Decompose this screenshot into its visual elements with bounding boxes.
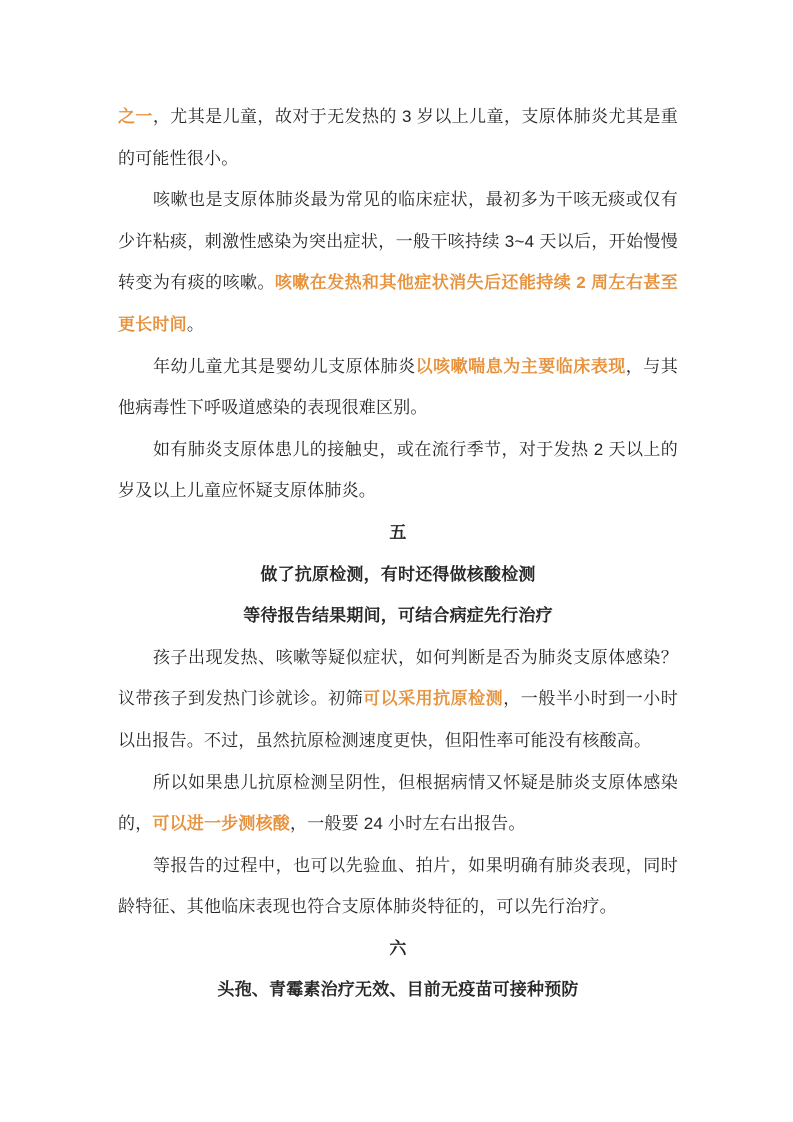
para-5-line-1: 孩子出现发热、咳嗽等疑似症状，如何判断是否为肺炎支原体感染？建 [118, 637, 678, 679]
para-2-line-4: 更长时间。 [118, 304, 678, 346]
para-7-line-2: 龄特征、其他临床表现也符合支原体肺炎特征的，可以先行治疗。 [118, 886, 678, 928]
body-text: 少许粘痰，刺激性感染为突出症状，一般干咳持续 3~4 天以后，开始慢慢 [118, 232, 678, 251]
para-6-line-2: 的，可以进一步测核酸，一般要 24 小时左右出报告。 [118, 803, 678, 845]
para-2-line-1: 咳嗽也是支原体肺炎最为常见的临床症状，最初多为干咳无痰或仅有 [118, 179, 678, 221]
body-text: 岁及以上儿童应怀疑支原体肺炎。 [118, 481, 376, 500]
body-text: 。 [187, 315, 204, 334]
highlighted-text: 咳嗽在发热和其他症状消失后还能持续 2 周左右甚至 [275, 273, 678, 292]
section-5-number: 五 [118, 512, 678, 554]
body-text: 头孢、青霉素治疗无效、目前无疫苗可接种预防 [217, 980, 578, 999]
para-3-line-2: 他病毒性下呼吸道感染的表现很难区别。 [118, 387, 678, 429]
highlighted-text: 可以采用抗原检测 [363, 689, 503, 708]
body-text: 所以如果患儿抗原检测呈阴性，但根据病情又怀疑是肺炎支原体感染 [153, 773, 678, 792]
para-2-line-2: 少许粘痰，刺激性感染为突出症状，一般干咳持续 3~4 天以后，开始慢慢 [118, 221, 678, 263]
para-4-line-2: 岁及以上儿童应怀疑支原体肺炎。 [118, 470, 678, 512]
para-5-line-3: 以出报告。不过，虽然抗原检测速度更快，但阳性率可能没有核酸高。 [118, 720, 678, 762]
body-text: ，与其 [626, 357, 678, 376]
section-5-subtitle-1: 做了抗原检测，有时还得做核酸检测 [118, 554, 678, 596]
body-text: 六 [389, 939, 406, 958]
body-text: 等报告的过程中，也可以先验血、拍片，如果明确有肺炎表现，同时年 [118, 856, 678, 887]
para-1-line-1: 之一，尤其是儿童，故对于无发热的 3 岁以上儿童，支原体肺炎尤其是重症 [118, 96, 678, 138]
para-6-line-1: 所以如果患儿抗原检测呈阴性，但根据病情又怀疑是肺炎支原体感染 [118, 762, 678, 804]
body-text: 以出报告。不过，虽然抗原检测速度更快，但阳性率可能没有核酸高。 [118, 731, 651, 750]
body-text: 孩子出现发热、咳嗽等疑似症状，如何判断是否为肺炎支原体感染？建 [118, 648, 678, 679]
body-text: 的， [118, 814, 152, 833]
body-text: 年幼儿童尤其是婴幼儿支原体肺炎 [153, 357, 416, 376]
body-text: 议带孩子到发热门诊就诊。初筛 [118, 689, 363, 708]
para-1-line-2: 的可能性很小。 [118, 138, 678, 180]
section-6-subtitle-1: 头孢、青霉素治疗无效、目前无疫苗可接种预防 [118, 969, 678, 1011]
body-text: 龄特征、其他临床表现也符合支原体肺炎特征的，可以先行治疗。 [118, 897, 617, 916]
highlighted-text: 之一 [118, 107, 153, 126]
body-text: 他病毒性下呼吸道感染的表现很难区别。 [118, 398, 428, 417]
body-text: 五 [389, 523, 406, 542]
para-4-line-1: 如有肺炎支原体患儿的接触史，或在流行季节，对于发热 2 天以上的 3 [118, 429, 678, 471]
highlighted-text: 可以进一步测核酸 [152, 814, 290, 833]
para-5-line-2: 议带孩子到发热门诊就诊。初筛可以采用抗原检测，一般半小时到一小时可 [118, 678, 678, 720]
body-text: ，一般要 24 小时左右出报告。 [290, 814, 526, 833]
para-7-line-1: 等报告的过程中，也可以先验血、拍片，如果明确有肺炎表现，同时年 [118, 845, 678, 887]
body-text: 咳嗽也是支原体肺炎最为常见的临床症状，最初多为干咳无痰或仅有 [153, 190, 678, 209]
body-text: 如有肺炎支原体患儿的接触史，或在流行季节，对于发热 2 天以上的 3 [118, 440, 678, 471]
highlighted-text: 以咳嗽喘息为主要临床表现 [416, 357, 626, 376]
section-5-subtitle-2: 等待报告结果期间，可结合病症先行治疗 [118, 595, 678, 637]
body-text: 做了抗原检测，有时还得做核酸检测 [260, 565, 535, 584]
para-3-line-1: 年幼儿童尤其是婴幼儿支原体肺炎以咳嗽喘息为主要临床表现，与其 [118, 346, 678, 388]
body-text: 转变为有痰的咳嗽。 [118, 273, 275, 292]
highlighted-text: 更长时间 [118, 315, 187, 334]
document-body: 之一，尤其是儿童，故对于无发热的 3 岁以上儿童，支原体肺炎尤其是重症的可能性很… [118, 96, 678, 1011]
para-2-line-3: 转变为有痰的咳嗽。咳嗽在发热和其他症状消失后还能持续 2 周左右甚至 [118, 262, 678, 304]
body-text: ，尤其是儿童，故对于无发热的 3 岁以上儿童，支原体肺炎尤其是重症 [118, 107, 678, 138]
body-text: 的可能性很小。 [118, 149, 238, 168]
section-6-number: 六 [118, 928, 678, 970]
body-text: 等待报告结果期间，可结合病症先行治疗 [243, 606, 553, 625]
document-page: 之一，尤其是儿童，故对于无发热的 3 岁以上儿童，支原体肺炎尤其是重症的可能性很… [0, 0, 793, 1122]
